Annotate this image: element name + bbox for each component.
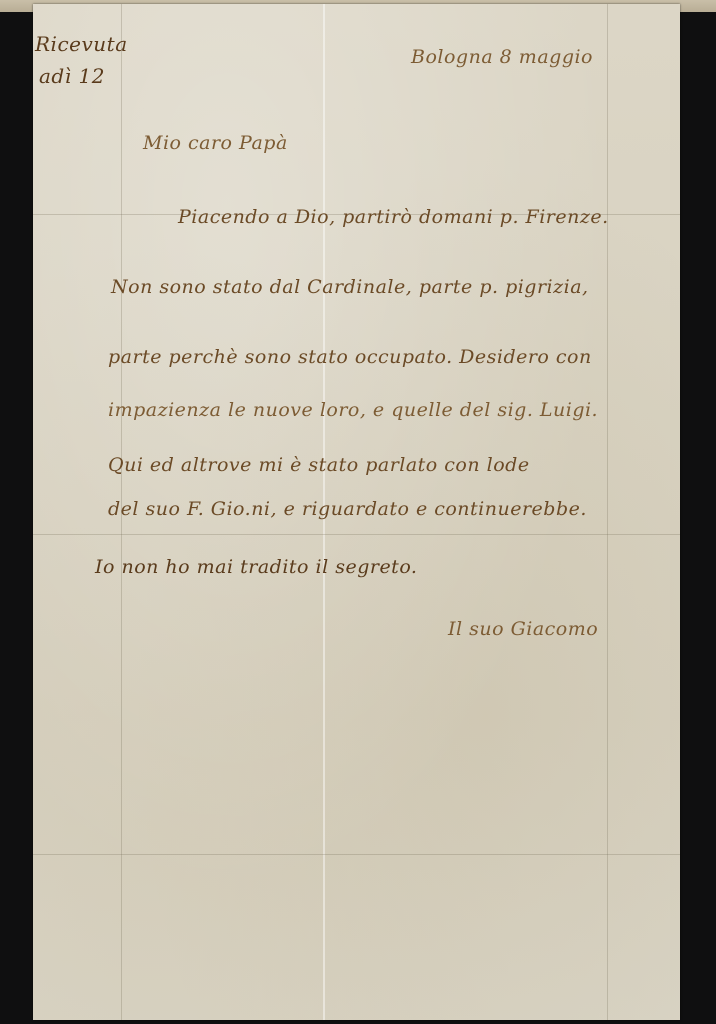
place-date: Bologna 8 maggio: [411, 46, 593, 68]
fold-line-vertical-right: [607, 4, 608, 1020]
body-line-3: parte perchè sono stato occupato. Deside…: [108, 346, 592, 368]
receipt-annotation-line1: Ricevuta: [35, 32, 128, 56]
body-line-5: Qui ed altrove mi è stato parlato con lo…: [108, 454, 530, 476]
body-line-7: Io non ho mai tradito il segreto.: [95, 556, 417, 578]
body-line-6: del suo F. Gio.ni, e riguardato e contin…: [108, 498, 587, 520]
fold-line-horizontal-lower: [33, 854, 680, 855]
body-line-2: Non sono stato dal Cardinale, parte p. p…: [111, 276, 589, 298]
letter-page: Ricevuta adì 12 Bologna 8 maggio Mio car…: [33, 4, 680, 1020]
body-line-1: Piacendo a Dio, partirò domani p. Firenz…: [178, 206, 609, 228]
signature: Il suo Giacomo: [448, 618, 598, 640]
receipt-annotation-line2: adì 12: [39, 64, 105, 88]
body-line-4: impazienza le nuove loro, e quelle del s…: [108, 399, 598, 421]
salutation: Mio caro Papà: [143, 132, 288, 154]
document-viewer: Ricevuta adì 12 Bologna 8 maggio Mio car…: [0, 0, 716, 1024]
fold-line-horizontal-middle: [33, 534, 680, 535]
